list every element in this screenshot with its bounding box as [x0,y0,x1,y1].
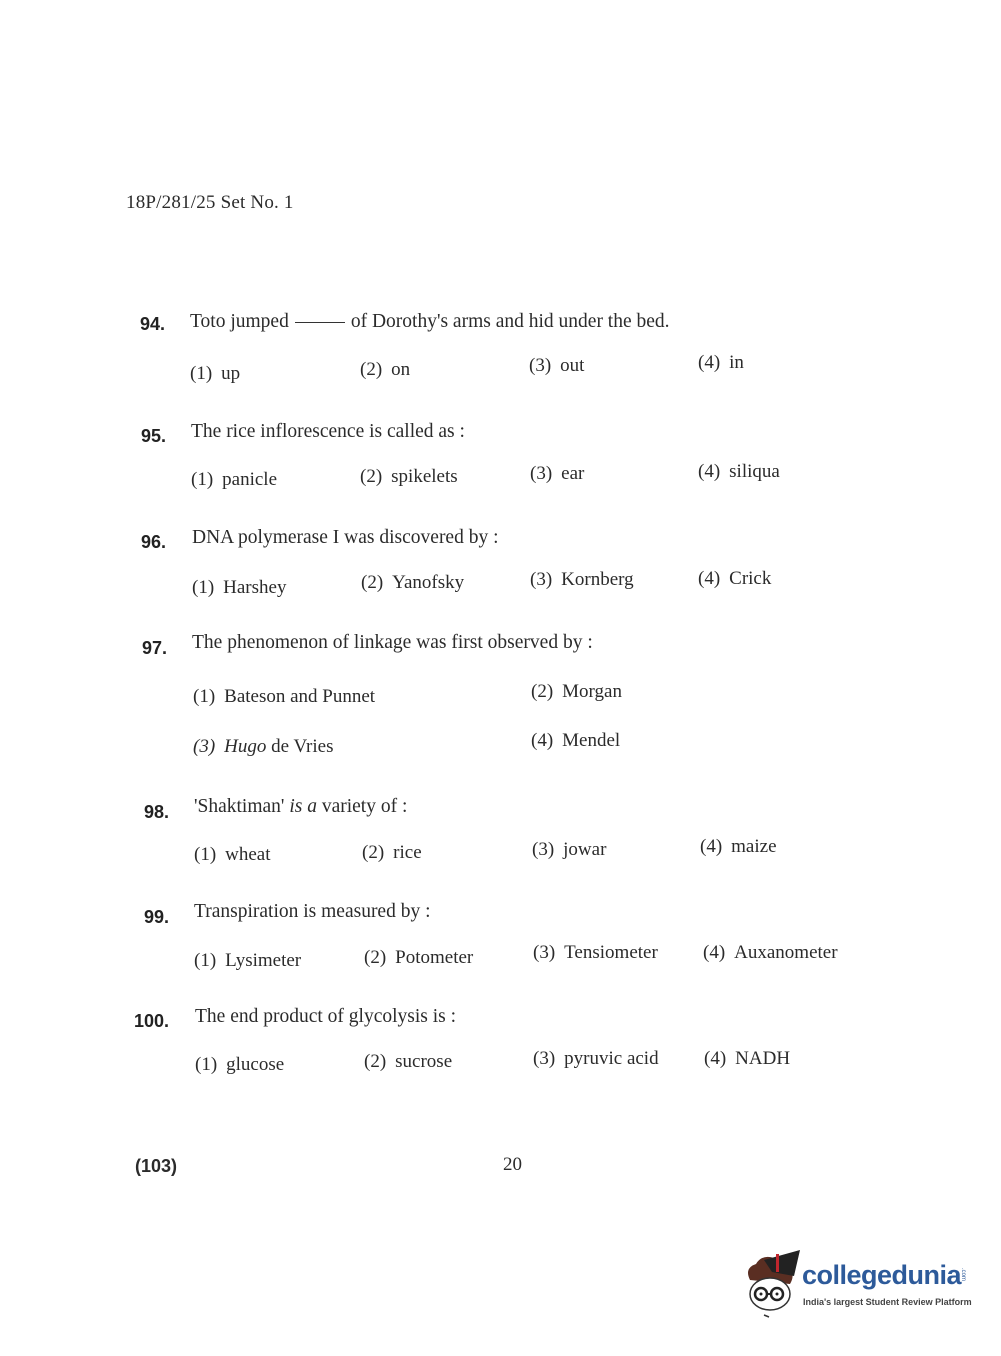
option-1: (1)panicle [191,469,277,491]
option-number: (3) [533,942,555,963]
option-2: (2)rice [362,842,422,864]
option-label: sucrose [395,1051,452,1072]
option-number: (3) [530,569,552,590]
paper-code: 18P/281/25 Set No. 1 [126,192,294,214]
question-number: 99. [144,907,169,928]
question-text: The phenomenon of linkage was first obse… [192,632,593,654]
option-1: (1)wheat [194,844,271,866]
option-label: maize [731,836,776,857]
option-label: Morgan [562,681,622,702]
question-text: The end product of glycolysis is : [195,1006,456,1028]
option-label: siliqua [729,461,780,482]
option-1: (1)Harshey [192,577,286,599]
option-label: panicle [222,469,277,490]
option-2: (2)sucrose [364,1051,452,1073]
option-label: Bateson and Punnet [224,686,375,707]
option-number: (3) [533,1048,555,1069]
option-2: (2)Morgan [531,681,622,703]
question-number: 97. [142,638,167,659]
question-number: 94. [140,314,165,335]
option-3: (3)Hugo de Vries [193,736,334,758]
option-label: ear [561,463,584,484]
option-label: de Vries [271,736,333,757]
option-2: (2)spikelets [360,466,458,488]
option-label: Kornberg [561,569,633,590]
option-number: (2) [364,947,386,968]
option-number: (1) [192,577,214,598]
option-1: (1)Bateson and Punnet [193,686,375,708]
option-label: Lysimeter [225,950,301,971]
option-4: (4)Crick [698,568,771,590]
option-label: wheat [225,844,270,865]
option-label: Potometer [395,947,473,968]
option-4: (4)siliqua [698,461,780,483]
brand-tld: .com [960,1268,966,1281]
option-4: (4)Mendel [531,730,620,752]
option-label: Yanofsky [392,572,464,593]
option-label: jowar [563,839,606,860]
option-number: (2) [364,1051,386,1072]
option-3: (3)jowar [532,839,606,861]
option-number: (1) [195,1054,217,1075]
option-4: (4)Auxanometer [703,942,838,964]
question-text: DNA polymerase I was discovered by : [192,527,499,549]
option-number: (3) [530,463,552,484]
option-number: (2) [360,359,382,380]
option-label: pyruvic acid [564,1048,658,1069]
option-3: (3)Tensiometer [533,942,658,964]
option-label: rice [393,842,421,863]
option-label: Mendel [562,730,620,751]
option-label: in [729,352,744,373]
question-text: Toto jumpedof Dorothy's arms and hid und… [190,311,670,333]
question-text-part: Toto jumped [190,311,289,332]
option-label: Auxanometer [734,942,837,963]
mascot-icon [742,1250,802,1320]
brand-tagline: India's largest Student Review Platform [803,1297,972,1307]
option-number: (4) [700,836,722,857]
option-label: Crick [729,568,771,589]
question-number: 98. [144,802,169,823]
option-number: (2) [362,842,384,863]
option-label: spikelets [391,466,458,487]
option-number: (4) [531,730,553,751]
option-label-italic: Hugo [224,736,266,757]
option-number: (4) [704,1048,726,1069]
option-4: (4)NADH [704,1048,790,1070]
option-3: (3)Kornberg [530,569,634,591]
question-text-part: of Dorothy's arms and hid under the bed. [351,311,670,332]
option-3: (3)out [529,355,584,377]
option-label: glucose [226,1054,284,1075]
option-number: (1) [190,363,212,384]
option-number: (3) [532,839,554,860]
option-label: on [391,359,410,380]
question-number: 100. [134,1011,169,1032]
option-number: (4) [698,352,720,373]
option-number: (3) [193,736,215,757]
question-text: The rice inflorescence is called as : [191,421,465,443]
option-3: (3)ear [530,463,584,485]
option-2: (2)Potometer [364,947,473,969]
option-2: (2)on [360,359,410,381]
option-4: (4)in [698,352,744,374]
option-number: (4) [703,942,725,963]
question-text: 'Shaktiman' is a variety of : [194,796,407,818]
page-number: 20 [503,1154,522,1176]
brand-name: collegedunia [802,1260,961,1291]
option-2: (2)Yanofsky [361,572,464,594]
question-number: 95. [141,426,166,447]
option-number: (2) [531,681,553,702]
option-number: (4) [698,568,720,589]
option-number: (2) [361,572,383,593]
option-label: up [221,363,240,384]
option-label: NADH [735,1048,790,1069]
option-label: Harshey [223,577,286,598]
option-1: (1)glucose [195,1054,284,1076]
option-number: (1) [193,686,215,707]
booklet-code: (103) [135,1156,177,1177]
option-1: (1)up [190,363,240,385]
option-3: (3)pyruvic acid [533,1048,659,1070]
option-number: (1) [194,844,216,865]
option-number: (4) [698,461,720,482]
question-text: Transpiration is measured by : [194,901,431,923]
question-text-part: variety of : [322,796,408,817]
question-text-italic: is a [289,796,317,817]
option-number: (3) [529,355,551,376]
option-number: (2) [360,466,382,487]
option-label: Tensiometer [564,942,658,963]
question-number: 96. [141,532,166,553]
question-text-part: 'Shaktiman' [194,796,284,817]
option-label: out [560,355,584,376]
blank-line [295,322,345,323]
option-number: (1) [191,469,213,490]
option-number: (1) [194,950,216,971]
option-4: (4)maize [700,836,777,858]
collegedunia-watermark: collegedunia .com India's largest Studen… [742,1250,972,1320]
option-1: (1)Lysimeter [194,950,301,972]
